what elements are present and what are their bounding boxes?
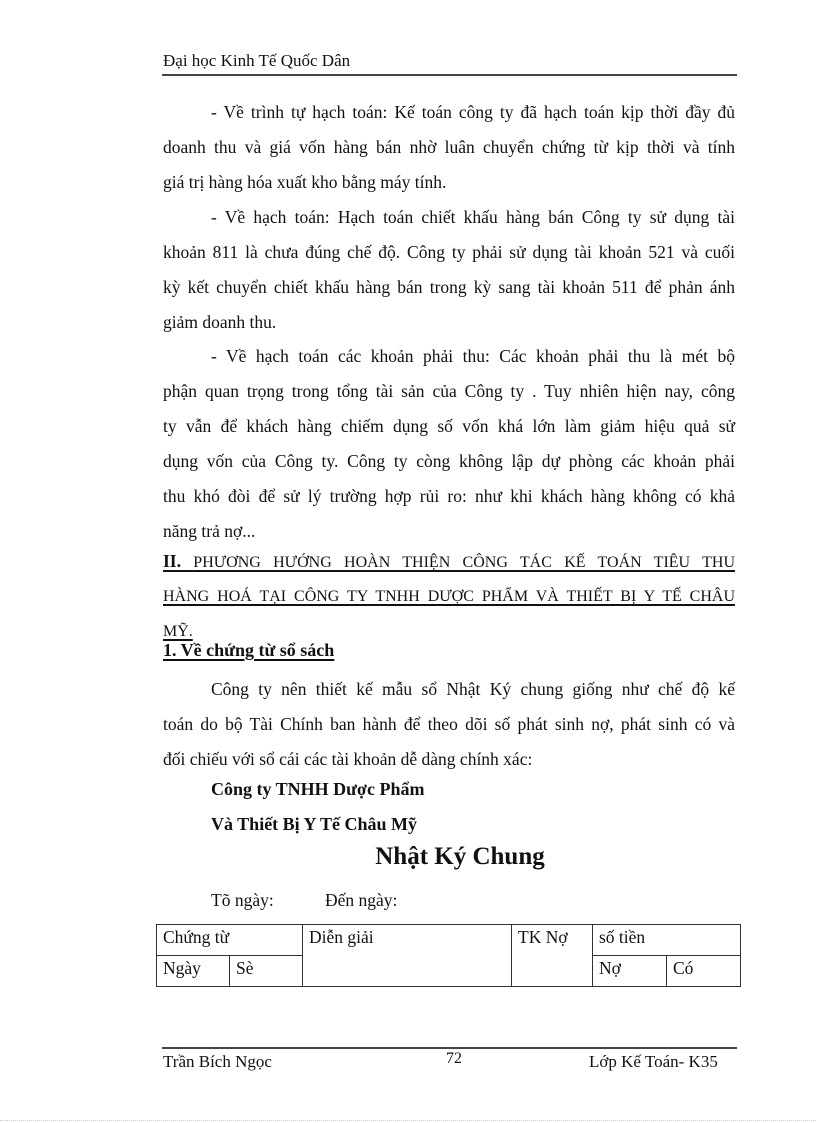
header-number: Sè <box>230 956 303 987</box>
header-date: Ngày <box>157 956 230 987</box>
section-heading: II. PHƯƠNG HƯỚNG HOÀN THIỆN CÔNG TÁC KẾ … <box>163 544 735 649</box>
table-header-row: Chứng từ Diễn giải TK Nợ số tiền <box>157 925 741 956</box>
header-description: Diễn giải <box>303 925 512 987</box>
header-debit: Nợ <box>593 956 667 987</box>
date-to-label: Đến ngày: <box>325 890 397 911</box>
document-page: Đại học Kinh Tế Quốc Dân - Về trình tự h… <box>0 0 816 1123</box>
page-edge-divider <box>0 1120 816 1121</box>
header-rule <box>162 74 737 76</box>
page-number: 72 <box>446 1050 462 1068</box>
footer-rule <box>162 1047 737 1049</box>
section-heading-line: MỸ. <box>163 623 193 640</box>
paragraph-line: thu khó đòi để sử lý trường hợp rủi ro: … <box>163 479 735 514</box>
company-name-line1: Công ty TNHH Dược Phẩm <box>211 779 424 800</box>
footer-author: Trần Bích Ngọc <box>163 1052 272 1072</box>
section-heading-line: HÀNG HOÁ TẠI CÔNG TY TNHH DƯỢC PHẨM VÀ T… <box>163 588 735 605</box>
paragraph-line: - Về hạch toán các khoản phải thu: Các k… <box>163 339 735 374</box>
paragraph-line: đối chiếu với sổ cái các tài khoản dễ dà… <box>163 742 735 777</box>
paragraph-line: toán do bộ Tài Chính ban hành để theo dõ… <box>163 707 735 742</box>
paragraph-line: giảm doanh thu. <box>163 305 735 340</box>
paragraph-line: phận quan trọng trong tổng tài sản của C… <box>163 374 735 409</box>
paragraph-line: khoản 811 là chưa đúng chế độ. Công ty p… <box>163 235 735 270</box>
paragraph-line: doanh thu và giá vốn hàng bán nhờ luân c… <box>163 130 735 165</box>
header-voucher: Chứng từ <box>157 925 303 956</box>
paragraph-receivables: - Về hạch toán các khoản phải thu: Các k… <box>163 339 735 549</box>
header-credit: Có <box>667 956 741 987</box>
date-from-label: Tõ ngày: <box>211 890 274 911</box>
footer-class: Lớp Kế Toán- K35 <box>589 1052 718 1072</box>
header-debit-account: TK Nợ <box>512 925 593 987</box>
section-number: II. <box>163 551 181 571</box>
paragraph-line: kỳ kết chuyển chiết khấu hàng bán trong … <box>163 270 735 305</box>
paragraph-discount-accounting: - Về hạch toán: Hạch toán chiết khấu hàn… <box>163 200 735 340</box>
journal-table: Chứng từ Diễn giải TK Nợ số tiền Ngày Sè… <box>156 924 741 987</box>
header-amount: số tiền <box>593 925 741 956</box>
paragraph-line: ty vẫn để khách hàng chiếm dụng số vốn k… <box>163 409 735 444</box>
paragraph-line: giá trị hàng hóa xuất kho bằng máy tính. <box>163 165 735 200</box>
journal-title: Nhật Ký Chung <box>0 843 816 871</box>
paragraph-line: - Về trình tự hạch toán: Kế toán công ty… <box>163 95 735 130</box>
paragraph-journal-intro: Công ty nên thiết kế mẫu sổ Nhật Ký chun… <box>163 672 735 777</box>
paragraph-line: Công ty nên thiết kế mẫu sổ Nhật Ký chun… <box>163 672 735 707</box>
paragraph-line: dụng vốn của Công ty. Công ty còng không… <box>163 444 735 479</box>
paragraph-line: - Về hạch toán: Hạch toán chiết khấu hàn… <box>163 200 735 235</box>
section-heading-line: PHƯƠNG HƯỚNG HOÀN THIỆN CÔNG TÁC KẾ TOÁN… <box>193 554 735 571</box>
running-header: Đại học Kinh Tế Quốc Dân <box>163 51 350 71</box>
paragraph-accounting-sequence: - Về trình tự hạch toán: Kế toán công ty… <box>163 95 735 200</box>
subsection-heading: 1. Về chứng từ sổ sách <box>163 640 334 661</box>
company-name-line2: Và Thiết Bị Y Tế Châu Mỹ <box>211 814 417 835</box>
